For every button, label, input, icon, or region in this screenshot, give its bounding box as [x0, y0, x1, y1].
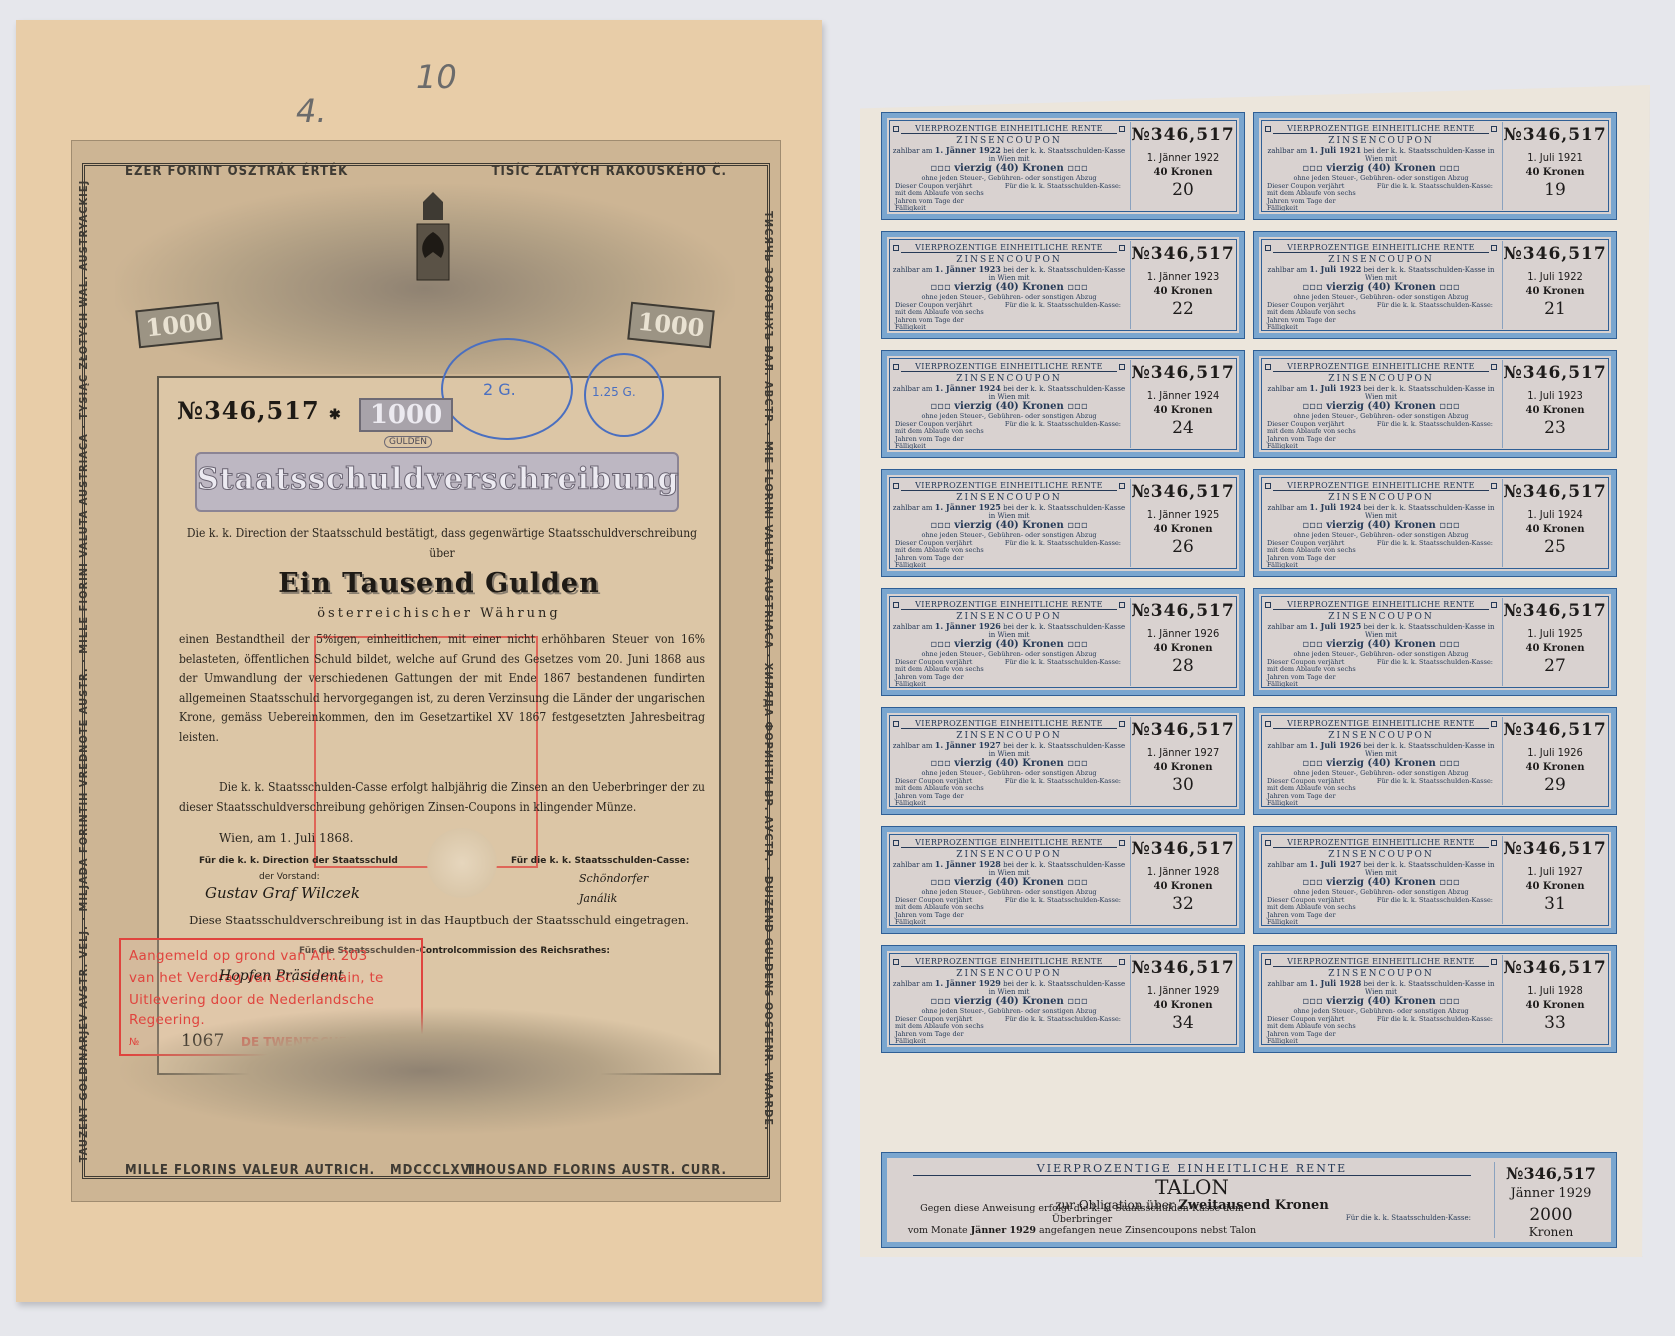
- coupon-expiry-note: Dieser Coupon verjährt mit dem Ablaufe v…: [1267, 302, 1357, 332]
- coupon-sign-label: Für die k. k. Staatsschulden-Kasse:: [1005, 183, 1121, 191]
- coupon-type: ZINSENCOUPON: [1263, 136, 1499, 146]
- bond-certificate: 4. 10 EZER FORINT OSZTRÁK ÉRTÉK TISÍC ZL…: [16, 20, 822, 1302]
- coupon-value: 40 Kronen: [1503, 405, 1607, 416]
- talon-title: TALON: [893, 1176, 1491, 1198]
- coupon-expiry-note: Dieser Coupon verjährt mit dem Ablaufe v…: [895, 897, 985, 927]
- interest-coupon: VIERPROZENTIGE EINHEITLICHE RENTEZINSENC…: [1254, 113, 1616, 219]
- coupon-number: 28: [1131, 656, 1235, 676]
- coupon-serial-number: №346,517: [1131, 482, 1235, 502]
- coupon-due-date: 1. Juli 1926: [1503, 746, 1607, 759]
- coupon-number: 34: [1131, 1013, 1235, 1033]
- coupon-sign-label: Für die k. k. Staatsschulden-Kasse:: [1005, 421, 1121, 429]
- coupon-number: 25: [1503, 537, 1607, 557]
- coupon-serial-number: №346,517: [1503, 958, 1607, 978]
- coupon-number: 20: [1131, 180, 1235, 200]
- coupon-sign-label: Für die k. k. Staatsschulden-Kasse:: [1005, 302, 1121, 310]
- allegorical-vignette: 1000 1000: [115, 184, 735, 374]
- coupon-type: ZINSENCOUPON: [1263, 374, 1499, 384]
- border-text-bottom-right: THOUSAND FLORINS AUSTR. CURR.: [466, 1163, 727, 1178]
- currency-text: österreichischer Währung: [159, 606, 719, 621]
- coupon-payable: zahlbar am 1. Juli 1925 bei der k. k. St…: [1263, 622, 1499, 639]
- coupon-value: 40 Kronen: [1503, 762, 1607, 773]
- coupon-serial-number: №346,517: [1503, 601, 1607, 621]
- coupon-value: 40 Kronen: [1131, 881, 1235, 892]
- coupon-due-date: 1. Jänner 1923: [1131, 270, 1235, 283]
- interest-coupon: VIERPROZENTIGE EINHEITLICHE RENTEZINSENC…: [882, 946, 1244, 1052]
- coupon-type: ZINSENCOUPON: [1263, 731, 1499, 741]
- interest-coupon: VIERPROZENTIGE EINHEITLICHE RENTEZINSENC…: [1254, 708, 1616, 814]
- border-text-right: ТИСЯЧЬ ЗОЛОТЫХЪ ВАЛ. АВСТР. · MIE FLORIN…: [762, 211, 775, 1131]
- coupon-type: ZINSENCOUPON: [1263, 255, 1499, 265]
- coupon-sign-label: Für die k. k. Staatsschulden-Kasse:: [1377, 302, 1493, 310]
- coupon-value: 40 Kronen: [1131, 524, 1235, 535]
- interest-coupon: VIERPROZENTIGE EINHEITLICHE RENTEZINSENC…: [1254, 946, 1616, 1052]
- place-date: Wien, am 1. Juli 1868.: [219, 831, 353, 845]
- coupon-value: 40 Kronen: [1503, 524, 1607, 535]
- coupon-payable: zahlbar am 1. Jänner 1928 bei der k. k. …: [891, 860, 1127, 877]
- coupon-payable: zahlbar am 1. Jänner 1925 bei der k. k. …: [891, 503, 1127, 520]
- coupon-header: VIERPROZENTIGE EINHEITLICHE RENTE: [1273, 479, 1489, 491]
- signature-role: der Vorstand:: [259, 872, 320, 882]
- coupon-serial-number: №346,517: [1503, 244, 1607, 264]
- coupon-serial-number: №346,517: [1131, 839, 1235, 859]
- amount-heading: Ein Tausend Gulden: [159, 568, 719, 599]
- coupon-type: ZINSENCOUPON: [1263, 612, 1499, 622]
- title-banner: Staatsschuldverschreibung: [195, 452, 679, 512]
- coupon-tax-note: ohne jeden Steuer-, Gebühren- oder sonst…: [1263, 770, 1499, 778]
- coupon-header: VIERPROZENTIGE EINHEITLICHE RENTE: [901, 598, 1117, 610]
- coupon-serial-number: №346,517: [1503, 125, 1607, 145]
- coupon-serial-number: №346,517: [1503, 363, 1607, 383]
- control-signature: Hopfen Präsident: [219, 968, 344, 984]
- talon-unit: Kronen: [1495, 1225, 1607, 1239]
- coupon-value: 40 Kronen: [1503, 167, 1607, 178]
- signature-label-left: Für die k. k. Direction der Staatsschuld: [199, 856, 398, 866]
- coupon-header: VIERPROZENTIGE EINHEITLICHE RENTE: [901, 360, 1117, 372]
- coupon-expiry-note: Dieser Coupon verjährt mit dem Ablaufe v…: [1267, 659, 1357, 689]
- coupon-number: 27: [1503, 656, 1607, 676]
- coupon-number: 23: [1503, 418, 1607, 438]
- coupon-type: ZINSENCOUPON: [891, 612, 1127, 622]
- coupon-payable: zahlbar am 1. Jänner 1923 bei der k. k. …: [891, 265, 1127, 282]
- coupon-type: ZINSENCOUPON: [891, 969, 1127, 979]
- coupon-header: VIERPROZENTIGE EINHEITLICHE RENTE: [1273, 836, 1489, 848]
- coupon-expiry-note: Dieser Coupon verjährt mit dem Ablaufe v…: [1267, 183, 1357, 213]
- interest-coupon: VIERPROZENTIGE EINHEITLICHE RENTEZINSENC…: [882, 827, 1244, 933]
- signature-left: Gustav Graf Wilczek: [205, 884, 360, 902]
- coupon-tax-note: ohne jeden Steuer-, Gebühren- oder sonst…: [1263, 889, 1499, 897]
- talon-sign-label: Für die k. k. Staatsschulden-Kasse:: [1346, 1214, 1471, 1222]
- coupon-payable: zahlbar am 1. Jänner 1922 bei der k. k. …: [891, 146, 1127, 163]
- coupon-due-date: 1. Juli 1924: [1503, 508, 1607, 521]
- coupon-due-date: 1. Jänner 1924: [1131, 389, 1235, 402]
- coupon-type: ZINSENCOUPON: [891, 374, 1127, 384]
- border-text-bottom-left: MILLE FLORINS VALEUR AUTRICH.: [125, 1163, 375, 1178]
- border-text-left: TAUZENT GOLDINARJEV AVSTR. VELJ. · MILJA…: [77, 180, 90, 1163]
- talon-date: Jänner 1929: [1495, 1186, 1607, 1201]
- coupon-sheet: VIERPROZENTIGE EINHEITLICHE RENTEZINSENC…: [860, 85, 1650, 1257]
- coupon-header: VIERPROZENTIGE EINHEITLICHE RENTE: [901, 955, 1117, 967]
- signature-right: Schöndorfer: [579, 872, 648, 885]
- coupon-serial-number: №346,517: [1131, 720, 1235, 740]
- coupon-tax-note: ohne jeden Steuer-, Gebühren- oder sonst…: [891, 770, 1127, 778]
- coupon-sign-label: Für die k. k. Staatsschulden-Kasse:: [1005, 659, 1121, 667]
- coupon-value: 40 Kronen: [1503, 643, 1607, 654]
- coupon-tax-note: ohne jeden Steuer-, Gebühren- oder sonst…: [1263, 1008, 1499, 1016]
- talon: VIERPROZENTIGE EINHEITLICHE RENTE TALON …: [882, 1153, 1616, 1247]
- signature-label-right: Für die k. k. Staatsschulden-Casse:: [511, 856, 689, 866]
- coupon-payable: zahlbar am 1. Juli 1928 bei der k. k. St…: [1263, 979, 1499, 996]
- coupon-sign-label: Für die k. k. Staatsschulden-Kasse:: [1377, 778, 1493, 786]
- corner-value-left: 1000: [135, 302, 223, 349]
- interest-coupon: VIERPROZENTIGE EINHEITLICHE RENTEZINSENC…: [1254, 470, 1616, 576]
- coupon-due-date: 1. Juli 1923: [1503, 389, 1607, 402]
- coupon-number: 29: [1503, 775, 1607, 795]
- coupon-number: 30: [1131, 775, 1235, 795]
- talon-fine-print: Gegen diese Anweisung erfolgt die k. k. …: [897, 1203, 1267, 1236]
- interest-coupon: VIERPROZENTIGE EINHEITLICHE RENTEZINSENC…: [882, 232, 1244, 338]
- coupon-tax-note: ohne jeden Steuer-, Gebühren- oder sonst…: [1263, 413, 1499, 421]
- coupon-sign-label: Für die k. k. Staatsschulden-Kasse:: [1377, 183, 1493, 191]
- coupon-payable: zahlbar am 1. Jänner 1929 bei der k. k. …: [891, 979, 1127, 996]
- bond-print-area: EZER FORINT OSZTRÁK ÉRTÉK TISÍC ZLATÝCH …: [71, 140, 781, 1202]
- bond-text-panel: 2 G. 1.25 G. №346,517 ✱ 1000 GULDEN Staa…: [157, 376, 721, 1075]
- coupon-due-date: 1. Jänner 1926: [1131, 627, 1235, 640]
- coupon-serial-number: №346,517: [1131, 958, 1235, 978]
- coupon-header: VIERPROZENTIGE EINHEITLICHE RENTE: [901, 717, 1117, 729]
- corner-value-right: 1000: [627, 302, 715, 349]
- coupon-serial-number: №346,517: [1131, 601, 1235, 621]
- talon-number: №346,517: [1495, 1164, 1607, 1183]
- coupon-number: 26: [1131, 537, 1235, 557]
- interest-coupon: VIERPROZENTIGE EINHEITLICHE RENTEZINSENC…: [882, 351, 1244, 457]
- interest-coupon: VIERPROZENTIGE EINHEITLICHE RENTEZINSENC…: [1254, 351, 1616, 457]
- coupon-expiry-note: Dieser Coupon verjährt mit dem Ablaufe v…: [895, 778, 985, 808]
- blue-tax-stamp: 2 G.: [441, 338, 573, 440]
- coupon-due-date: 1. Juli 1925: [1503, 627, 1607, 640]
- coupon-expiry-note: Dieser Coupon verjährt mit dem Ablaufe v…: [895, 421, 985, 451]
- talon-value: 2000: [1495, 1205, 1607, 1225]
- coupon-serial-number: №346,517: [1131, 363, 1235, 383]
- coupon-number: 33: [1503, 1013, 1607, 1033]
- coupon-sign-label: Für die k. k. Staatsschulden-Kasse:: [1005, 1016, 1121, 1024]
- embossed-seal: [427, 828, 497, 898]
- denomination: 1000: [359, 398, 453, 432]
- coupon-header: VIERPROZENTIGE EINHEITLICHE RENTE: [1273, 122, 1489, 134]
- coupon-due-date: 1. Jänner 1922: [1131, 151, 1235, 164]
- bond-title: Staatsschuldverschreibung: [197, 462, 677, 497]
- coupon-serial-number: №346,517: [1503, 720, 1607, 740]
- coupon-tax-note: ohne jeden Steuer-, Gebühren- oder sonst…: [891, 294, 1127, 302]
- coupon-type: ZINSENCOUPON: [1263, 493, 1499, 503]
- coupon-payable: zahlbar am 1. Jänner 1927 bei der k. k. …: [891, 741, 1127, 758]
- coupon-due-date: 1. Juli 1927: [1503, 865, 1607, 878]
- coupon-expiry-note: Dieser Coupon verjährt mit dem Ablaufe v…: [895, 183, 985, 213]
- border-text-top-right: TISÍC ZLATÝCH RAKOUSKÉHO Č.: [492, 164, 727, 179]
- coupon-number: 31: [1503, 894, 1607, 914]
- coupon-due-date: 1. Jänner 1928: [1131, 865, 1235, 878]
- coupon-expiry-note: Dieser Coupon verjährt mit dem Ablaufe v…: [1267, 540, 1357, 570]
- coupon-value: 40 Kronen: [1131, 405, 1235, 416]
- coupon-header: VIERPROZENTIGE EINHEITLICHE RENTE: [1273, 955, 1489, 967]
- coupon-type: ZINSENCOUPON: [891, 850, 1127, 860]
- signature-right: Janálik: [579, 892, 617, 905]
- coupon-expiry-note: Dieser Coupon verjährt mit dem Ablaufe v…: [895, 1016, 985, 1046]
- coupon-header: VIERPROZENTIGE EINHEITLICHE RENTE: [1273, 360, 1489, 372]
- interest-coupon: VIERPROZENTIGE EINHEITLICHE RENTEZINSENC…: [882, 113, 1244, 219]
- denomination-unit: GULDEN: [384, 436, 432, 448]
- coupon-payable: zahlbar am 1. Juli 1922 bei der k. k. St…: [1263, 265, 1499, 282]
- coupon-type: ZINSENCOUPON: [1263, 969, 1499, 979]
- coupon-tax-note: ohne jeden Steuer-, Gebühren- oder sonst…: [891, 413, 1127, 421]
- coupon-value: 40 Kronen: [1503, 881, 1607, 892]
- coupon-value: 40 Kronen: [1131, 762, 1235, 773]
- double-eagle-crown-icon: [405, 192, 461, 302]
- coupon-payable: zahlbar am 1. Juli 1923 bei der k. k. St…: [1263, 384, 1499, 401]
- coupon-tax-note: ohne jeden Steuer-, Gebühren- oder sonst…: [891, 889, 1127, 897]
- coupon-value: 40 Kronen: [1131, 643, 1235, 654]
- coupon-due-date: 1. Jänner 1925: [1131, 508, 1235, 521]
- coupon-value: 40 Kronen: [1131, 167, 1235, 178]
- coupon-due-date: 1. Juli 1928: [1503, 984, 1607, 997]
- coupon-due-date: 1. Jänner 1929: [1131, 984, 1235, 997]
- cherub-vignette: [115, 1006, 735, 1136]
- coupon-serial-number: №346,517: [1503, 839, 1607, 859]
- coupon-payable: zahlbar am 1. Juli 1927 bei der k. k. St…: [1263, 860, 1499, 877]
- coupon-number: 22: [1131, 299, 1235, 319]
- coupon-sign-label: Für die k. k. Staatsschulden-Kasse:: [1377, 897, 1493, 905]
- coupon-serial-number: №346,517: [1131, 125, 1235, 145]
- coupon-expiry-note: Dieser Coupon verjährt mit dem Ablaufe v…: [1267, 1016, 1357, 1046]
- star-icon: ✱: [329, 407, 342, 423]
- interest-coupon: VIERPROZENTIGE EINHEITLICHE RENTEZINSENC…: [882, 708, 1244, 814]
- coupon-tax-note: ohne jeden Steuer-, Gebühren- oder sonst…: [1263, 294, 1499, 302]
- coupon-due-date: 1. Juli 1922: [1503, 270, 1607, 283]
- coupon-expiry-note: Dieser Coupon verjährt mit dem Ablaufe v…: [1267, 421, 1357, 451]
- interest-coupon: VIERPROZENTIGE EINHEITLICHE RENTEZINSENC…: [882, 470, 1244, 576]
- coupon-value: 40 Kronen: [1503, 286, 1607, 297]
- coupon-value: 40 Kronen: [1131, 286, 1235, 297]
- ornamental-border: EZER FORINT OSZTRÁK ÉRTÉK TISÍC ZLATÝCH …: [82, 163, 770, 1179]
- coupon-sign-label: Für die k. k. Staatsschulden-Kasse:: [1005, 778, 1121, 786]
- coupon-sign-label: Für die k. k. Staatsschulden-Kasse:: [1005, 897, 1121, 905]
- coupon-type: ZINSENCOUPON: [1263, 850, 1499, 860]
- interest-coupon: VIERPROZENTIGE EINHEITLICHE RENTEZINSENC…: [1254, 232, 1616, 338]
- body-paragraph-1: einen Bestandtheil der 5%igen, einheitli…: [179, 630, 705, 747]
- coupon-type: ZINSENCOUPON: [891, 255, 1127, 265]
- coupon-header: VIERPROZENTIGE EINHEITLICHE RENTE: [1273, 241, 1489, 253]
- coupon-header: VIERPROZENTIGE EINHEITLICHE RENTE: [901, 479, 1117, 491]
- coupon-number: 19: [1503, 180, 1607, 200]
- coupon-expiry-note: Dieser Coupon verjährt mit dem Ablaufe v…: [895, 302, 985, 332]
- talon-header: VIERPROZENTIGE EINHEITLICHE RENTE: [913, 1162, 1471, 1176]
- coupon-header: VIERPROZENTIGE EINHEITLICHE RENTE: [1273, 598, 1489, 610]
- coupon-number: 21: [1503, 299, 1607, 319]
- coupon-expiry-note: Dieser Coupon verjährt mit dem Ablaufe v…: [1267, 897, 1357, 927]
- pencil-mark: 10: [416, 58, 457, 96]
- coupon-tax-note: ohne jeden Steuer-, Gebühren- oder sonst…: [1263, 175, 1499, 183]
- coupon-payable: zahlbar am 1. Juli 1926 bei der k. k. St…: [1263, 741, 1499, 758]
- coupon-number: 24: [1131, 418, 1235, 438]
- coupon-type: ZINSENCOUPON: [891, 731, 1127, 741]
- blue-tax-stamp: 1.25 G.: [584, 353, 664, 437]
- coupon-serial-number: №346,517: [1131, 244, 1235, 264]
- coupon-type: ZINSENCOUPON: [891, 493, 1127, 503]
- coupon-tax-note: ohne jeden Steuer-, Gebühren- oder sonst…: [891, 532, 1127, 540]
- pencil-mark: 4.: [296, 92, 327, 130]
- coupon-payable: zahlbar am 1. Jänner 1926 bei der k. k. …: [891, 622, 1127, 639]
- bond-number: №346,517 ✱: [177, 396, 342, 425]
- interest-coupon: VIERPROZENTIGE EINHEITLICHE RENTEZINSENC…: [882, 589, 1244, 695]
- coupon-expiry-note: Dieser Coupon verjährt mit dem Ablaufe v…: [895, 540, 985, 570]
- coupon-tax-note: ohne jeden Steuer-, Gebühren- oder sonst…: [891, 651, 1127, 659]
- interest-coupon: VIERPROZENTIGE EINHEITLICHE RENTEZINSENC…: [1254, 589, 1616, 695]
- coupon-due-date: 1. Juli 1921: [1503, 151, 1607, 164]
- coupon-tax-note: ohne jeden Steuer-, Gebühren- oder sonst…: [1263, 651, 1499, 659]
- coupon-tax-note: ohne jeden Steuer-, Gebühren- oder sonst…: [1263, 532, 1499, 540]
- coupon-sign-label: Für die k. k. Staatsschulden-Kasse:: [1005, 540, 1121, 548]
- coupon-due-date: 1. Jänner 1927: [1131, 746, 1235, 759]
- register-note: Diese Staatsschuldverschreibung ist in d…: [159, 913, 719, 927]
- coupon-header: VIERPROZENTIGE EINHEITLICHE RENTE: [901, 241, 1117, 253]
- coupon-payable: zahlbar am 1. Juli 1921 bei der k. k. St…: [1263, 146, 1499, 163]
- coupon-expiry-note: Dieser Coupon verjährt mit dem Ablaufe v…: [1267, 778, 1357, 808]
- intro-text: Die k. k. Direction der Staatsschuld bes…: [179, 524, 705, 563]
- coupon-value: 40 Kronen: [1131, 1000, 1235, 1011]
- border-text-top-left: EZER FORINT OSZTRÁK ÉRTÉK: [125, 164, 348, 179]
- coupon-type: ZINSENCOUPON: [891, 136, 1127, 146]
- body-paragraph-2: Die k. k. Staatsschulden-Casse erfolgt h…: [179, 778, 705, 817]
- coupon-header: VIERPROZENTIGE EINHEITLICHE RENTE: [901, 836, 1117, 848]
- coupon-value: 40 Kronen: [1503, 1000, 1607, 1011]
- coupon-payable: zahlbar am 1. Juli 1924 bei der k. k. St…: [1263, 503, 1499, 520]
- coupon-header: VIERPROZENTIGE EINHEITLICHE RENTE: [1273, 717, 1489, 729]
- coupon-expiry-note: Dieser Coupon verjährt mit dem Ablaufe v…: [895, 659, 985, 689]
- coupon-sign-label: Für die k. k. Staatsschulden-Kasse:: [1377, 659, 1493, 667]
- coupon-payable: zahlbar am 1. Jänner 1924 bei der k. k. …: [891, 384, 1127, 401]
- coupon-sign-label: Für die k. k. Staatsschulden-Kasse:: [1377, 540, 1493, 548]
- coupon-number: 32: [1131, 894, 1235, 914]
- coupon-tax-note: ohne jeden Steuer-, Gebühren- oder sonst…: [891, 175, 1127, 183]
- coupon-sign-label: Für die k. k. Staatsschulden-Kasse:: [1377, 1016, 1493, 1024]
- coupon-serial-number: №346,517: [1503, 482, 1607, 502]
- interest-coupon: VIERPROZENTIGE EINHEITLICHE RENTEZINSENC…: [1254, 827, 1616, 933]
- coupon-tax-note: ohne jeden Steuer-, Gebühren- oder sonst…: [891, 1008, 1127, 1016]
- coupon-header: VIERPROZENTIGE EINHEITLICHE RENTE: [901, 122, 1117, 134]
- coupon-sign-label: Für die k. k. Staatsschulden-Kasse:: [1377, 421, 1493, 429]
